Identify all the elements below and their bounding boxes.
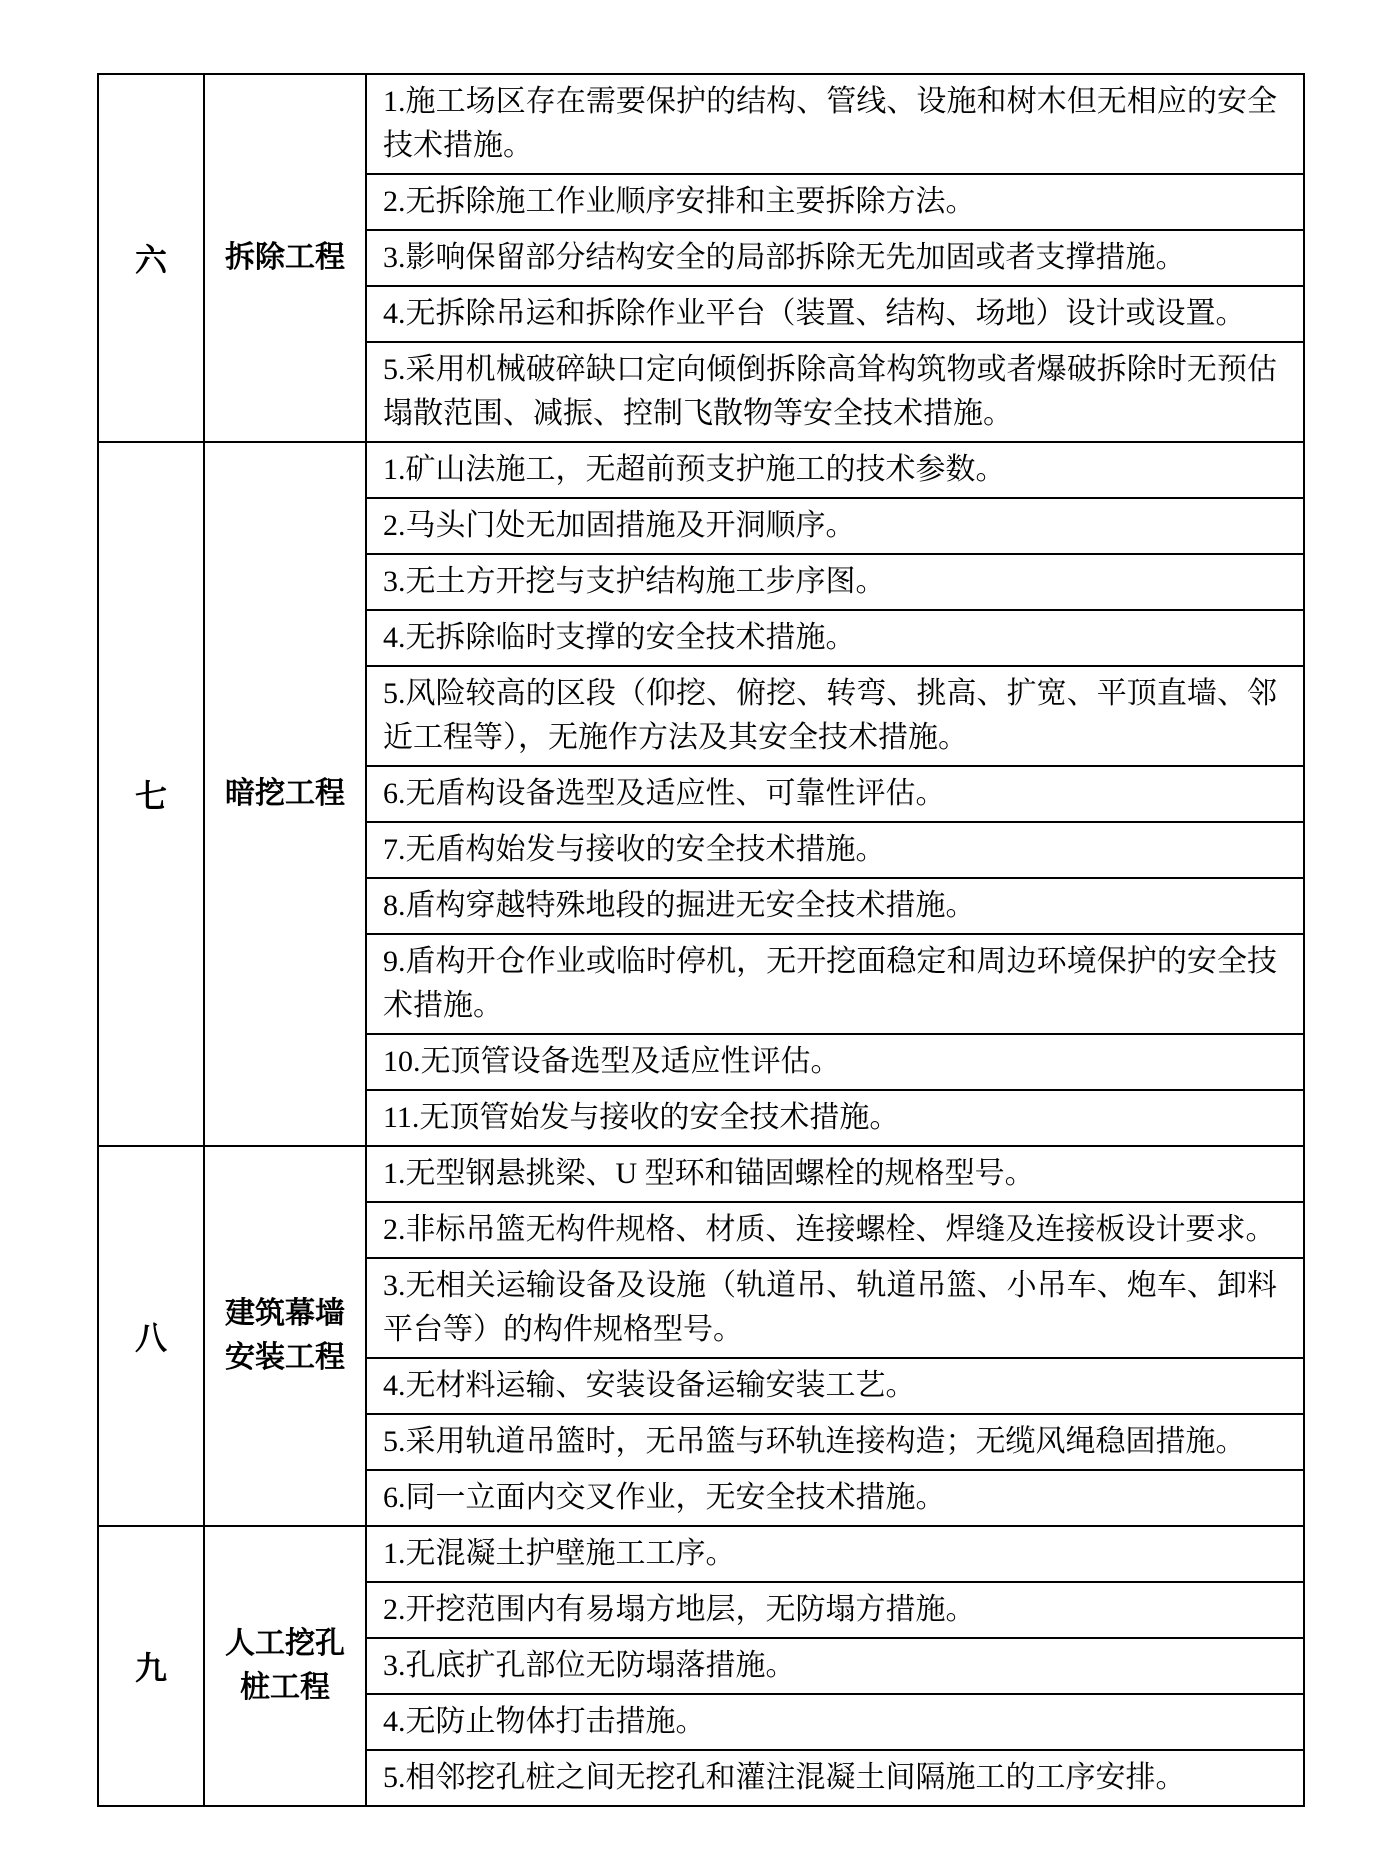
item-text: 4.无材料运输、安装设备运输安装工艺。 — [366, 1358, 1304, 1414]
item-text: 4.无拆除临时支撑的安全技术措施。 — [366, 610, 1304, 666]
item-text: 1.无混凝土护壁施工工序。 — [366, 1526, 1304, 1582]
item-text: 6.无盾构设备选型及适应性、可靠性评估。 — [366, 766, 1304, 822]
item-text: 4.无防止物体打击措施。 — [366, 1694, 1304, 1750]
section-category: 建筑幕墙 安装工程 — [204, 1146, 366, 1526]
document-page: 六拆除工程1.施工场区存在需要保护的结构、管线、设施和树木但无相应的安全技术措施… — [0, 0, 1380, 1863]
safety-inspection-table: 六拆除工程1.施工场区存在需要保护的结构、管线、设施和树木但无相应的安全技术措施… — [97, 73, 1305, 1807]
item-text: 3.无相关运输设备及设施（轨道吊、轨道吊篮、小吊车、炮车、卸料平台等）的构件规格… — [366, 1258, 1304, 1358]
item-text: 1.矿山法施工，无超前预支护施工的技术参数。 — [366, 442, 1304, 498]
item-text: 6.同一立面内交叉作业，无安全技术措施。 — [366, 1470, 1304, 1526]
item-row: 八建筑幕墙 安装工程1.无型钢悬挑梁、U 型环和锚固螺栓的规格型号。 — [98, 1146, 1304, 1202]
section-number: 七 — [98, 442, 204, 1146]
item-text: 1.施工场区存在需要保护的结构、管线、设施和树木但无相应的安全技术措施。 — [366, 74, 1304, 174]
item-row: 六拆除工程1.施工场区存在需要保护的结构、管线、设施和树木但无相应的安全技术措施… — [98, 74, 1304, 174]
item-text: 5.相邻挖孔桩之间无挖孔和灌注混凝土间隔施工的工序安排。 — [366, 1750, 1304, 1806]
item-text: 2.非标吊篮无构件规格、材质、连接螺栓、焊缝及连接板设计要求。 — [366, 1202, 1304, 1258]
item-row: 七暗挖工程1.矿山法施工，无超前预支护施工的技术参数。 — [98, 442, 1304, 498]
item-text: 2.开挖范围内有易塌方地层，无防塌方措施。 — [366, 1582, 1304, 1638]
item-text: 9.盾构开仓作业或临时停机，无开挖面稳定和周边环境保护的安全技术措施。 — [366, 934, 1304, 1034]
table-body: 六拆除工程1.施工场区存在需要保护的结构、管线、设施和树木但无相应的安全技术措施… — [98, 74, 1304, 1806]
item-text: 3.孔底扩孔部位无防塌落措施。 — [366, 1638, 1304, 1694]
item-text: 8.盾构穿越特殊地段的掘进无安全技术措施。 — [366, 878, 1304, 934]
item-text: 7.无盾构始发与接收的安全技术措施。 — [366, 822, 1304, 878]
item-text: 4.无拆除吊运和拆除作业平台（装置、结构、场地）设计或设置。 — [366, 286, 1304, 342]
section-number: 九 — [98, 1526, 204, 1806]
item-text: 10.无顶管设备选型及适应性评估。 — [366, 1034, 1304, 1090]
section-number: 六 — [98, 74, 204, 442]
section-category: 人工挖孔 桩工程 — [204, 1526, 366, 1806]
item-text: 5.风险较高的区段（仰挖、俯挖、转弯、挑高、扩宽、平顶直墙、邻近工程等），无施作… — [366, 666, 1304, 766]
item-row: 九人工挖孔 桩工程1.无混凝土护壁施工工序。 — [98, 1526, 1304, 1582]
item-text: 2.马头门处无加固措施及开洞顺序。 — [366, 498, 1304, 554]
item-text: 2.无拆除施工作业顺序安排和主要拆除方法。 — [366, 174, 1304, 230]
item-text: 3.无土方开挖与支护结构施工步序图。 — [366, 554, 1304, 610]
item-text: 3.影响保留部分结构安全的局部拆除无先加固或者支撑措施。 — [366, 230, 1304, 286]
section-number: 八 — [98, 1146, 204, 1526]
item-text: 11.无顶管始发与接收的安全技术措施。 — [366, 1090, 1304, 1146]
item-text: 5.采用机械破碎缺口定向倾倒拆除高耸构筑物或者爆破拆除时无预估塌散范围、减振、控… — [366, 342, 1304, 442]
section-category: 暗挖工程 — [204, 442, 366, 1146]
section-category: 拆除工程 — [204, 74, 366, 442]
item-text: 5.采用轨道吊篮时，无吊篮与环轨连接构造；无缆风绳稳固措施。 — [366, 1414, 1304, 1470]
item-text: 1.无型钢悬挑梁、U 型环和锚固螺栓的规格型号。 — [366, 1146, 1304, 1202]
